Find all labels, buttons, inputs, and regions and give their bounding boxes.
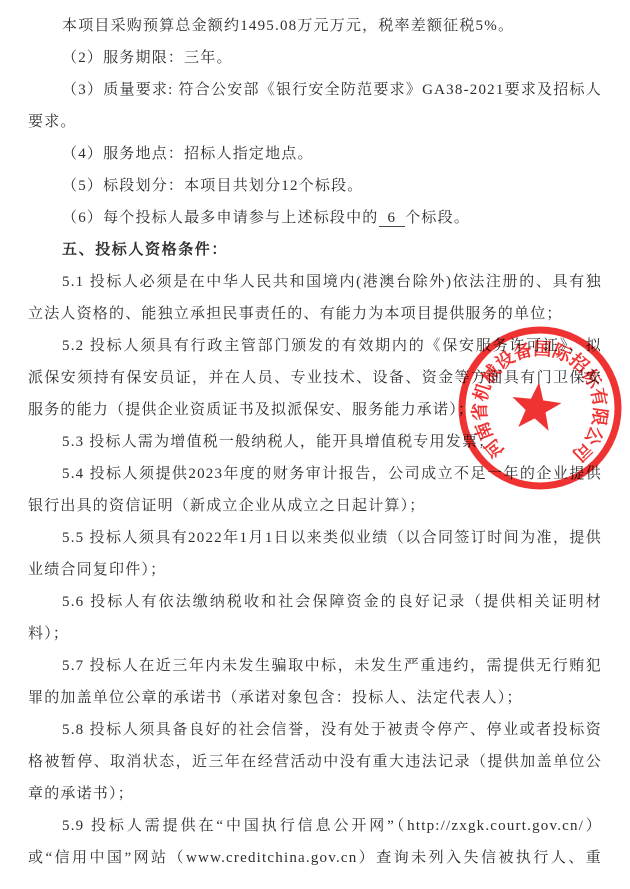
clause-5-4-line-2: 银行出具的资信证明（新成立企业从成立之日起计算）； [28, 490, 602, 522]
clause-5-1-line-2: 立法人资格的、能独立承担民事责任的、有能力为本项目提供服务的单位； [28, 298, 602, 330]
quality-requirement-line-2: 要求。 [28, 106, 602, 138]
clause-5-9-line-2: 或“信用中国”网站（www.creditchina.gov.cn）查询未列入失信… [28, 842, 602, 874]
budget-line: 本项目采购预算总金额约1495.08万元万元，税率差额征税5%。 [28, 10, 602, 42]
quality-requirement-line-1: （3）质量要求: 符合公安部《银行安全防范要求》GA38-2021要求及招标人 [28, 74, 602, 106]
clause-5-6-line-1: 5.6 投标人有依法缴纳税收和社会保障资金的良好记录（提供相关证明材 [28, 586, 602, 618]
clause-5-8-line-1: 5.8 投标人须具备良好的社会信誉，没有处于被责令停产、停业或者投标资 [28, 714, 602, 746]
clause-5-5-line-1: 5.5 投标人须具有2022年1月1日以来类似业绩（以合同签订时间为准，提供 [28, 522, 602, 554]
bidder-qualification-heading: 五、投标人资格条件： [28, 234, 602, 266]
clause-5-5-line-2: 业绩合同复印件）； [28, 554, 602, 586]
clause-5-2-line-3: 服务的能力（提供企业资质证书及拟派保安、服务能力承诺）； [28, 394, 602, 426]
document-page: 本项目采购预算总金额约1495.08万元万元，税率差额征税5%。 （2）服务期限… [0, 0, 630, 889]
clause-5-8-line-2: 格被暂停、取消状态，近三年在经营活动中没有重大违法记录（提供加盖单位公 [28, 746, 602, 778]
max-lots-text-post: 个标段。 [405, 210, 470, 226]
lot-division-line: （5）标段划分：本项目共划分12个标段。 [28, 170, 602, 202]
clause-5-3-line-1: 5.3 投标人需为增值税一般纳税人，能开具增值税专用发票； [28, 426, 602, 458]
clause-5-6-line-2: 料）； [28, 618, 602, 650]
max-lots-text-pre: （6）每个投标人最多申请参与上述标段中的 [62, 210, 379, 226]
service-term-line: （2）服务期限：三年。 [28, 42, 602, 74]
clause-5-8-line-3: 章的承诺书）； [28, 778, 602, 810]
clause-5-2-line-2: 派保安须持有保安员证，并在人员、专业技术、设备、资金等方面具有门卫保安 [28, 362, 602, 394]
service-location-line: （4）服务地点：招标人指定地点。 [28, 138, 602, 170]
clause-5-4-line-1: 5.4 投标人须提供2023年度的财务审计报告，公司成立不足一年的企业提供 [28, 458, 602, 490]
clause-5-2-line-1: 5.2 投标人须具有行政主管部门颁发的有效期内的《保安服务许可证》，拟 [28, 330, 602, 362]
clause-5-7-line-1: 5.7 投标人在近三年内未发生骗取中标，未发生严重违约，需提供无行贿犯 [28, 650, 602, 682]
clause-5-1-line-1: 5.1 投标人必须是在中华人民共和国境内(港澳台除外)依法注册的、具有独 [28, 266, 602, 298]
max-lots-line: （6）每个投标人最多申请参与上述标段中的6个标段。 [28, 202, 602, 234]
clause-5-9-line-1: 5.9 投标人需提供在“中国执行信息公开网”（http://zxgk.court… [28, 810, 602, 842]
max-lots-number: 6 [379, 210, 406, 227]
clause-5-7-line-2: 罪的加盖单位公章的承诺书（承诺对象包含：投标人、法定代表人）； [28, 682, 602, 714]
